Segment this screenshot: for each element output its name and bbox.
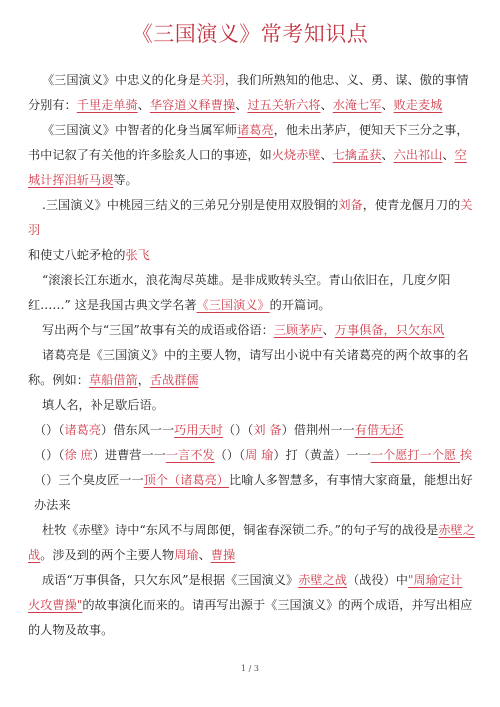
answer-text: 徐 庶	[64, 448, 92, 462]
text: 成语“万事俱备，只欠东风”是根据《三国演义》	[42, 573, 298, 587]
separator: 、	[323, 323, 335, 337]
paragraph-zhuge-liang: 《三国演义》中智者的化身当属军师诸葛亮，他未出茅庐，便知天下三分之事，书中记叙了…	[28, 118, 476, 193]
separator: 、	[235, 98, 247, 112]
text: 杜牧《赤壁》诗中“东风不与周郎便，铜雀春深锁二乔。”的句子写的战役是	[42, 523, 438, 537]
answer-underlined: 三顾茅庐	[274, 323, 323, 337]
answer-text: 关羽	[200, 73, 224, 87]
text: （战役）中	[347, 573, 408, 587]
answer-text: 张飞	[126, 248, 150, 262]
answer-underlined: 草船借箭	[89, 373, 138, 387]
answer-underlined: 一个愿打一个愿	[371, 448, 460, 462]
answer-underlined: 有借无还	[355, 423, 404, 437]
paragraph-xiehouyu-1: （）（诸葛亮）借东风一一巧用天时（）（刘 备）借荆州一一有借无还	[28, 418, 476, 443]
text: （）（	[34, 448, 64, 462]
answer-underlined: 赤壁之战	[298, 573, 347, 587]
separator: 、	[199, 548, 211, 562]
separator: 、	[138, 98, 150, 112]
paragraph-xiehouyu-2: （）（徐 庶）进曹营一一一言不发（）（周 瑜）打（黄盖）一一一个愿打一个愿 挨	[28, 443, 476, 468]
paragraph-peach-garden: .三国演义》中桃园三结义的三弟兄分别是使用双股铜的刘备，使青龙偃月刀的关 羽和使…	[28, 193, 476, 268]
text: 《三国演义》中忠义的化身是	[42, 73, 200, 87]
paragraph-zhuge-stories: 诸葛亮是《三国演义》中的主要人物，请写出小说中有关诸葛亮的两个故事的名称。例如：…	[28, 343, 476, 393]
document-title: 《三国演义》常考知识点	[0, 18, 500, 48]
answer-underlined: 曹操	[211, 548, 235, 562]
answer-underlined: 诸葛亮	[237, 123, 274, 137]
separator: 、	[321, 98, 333, 112]
text: ）进曹营一一	[93, 448, 166, 462]
answer-underlined: 《三国演义》	[197, 298, 270, 312]
answer-underlined: 一言不发	[166, 448, 215, 462]
text: （）（	[215, 448, 245, 462]
separator: ，	[138, 373, 150, 387]
answer-text: 诸葛亮	[64, 423, 101, 437]
answer-underlined: 七擒孟获	[333, 148, 382, 162]
text: 的开篇词。	[270, 298, 331, 312]
text: ）打（黄盖）一一	[273, 448, 371, 462]
answer-underlined: 舌战群儒	[150, 373, 199, 387]
answer-underlined: 千里走单骑	[77, 98, 138, 112]
answer-underlined: 万事俱备，只欠东风	[335, 323, 445, 337]
text: .三国演义》中桃园三结义的三弟兄分别是使用双股铜的	[42, 198, 338, 212]
text: 。涉及到的两个主要人物	[40, 548, 174, 562]
answer-text: 挨	[460, 448, 472, 462]
answer-underlined: 六出祁山	[394, 148, 443, 162]
answer-text: 刘备	[338, 198, 362, 212]
paragraph-red-cliff-poem: 杜牧《赤壁》诗中“东风不与周郎便，铜雀春深锁二乔。”的句子写的战役是赤壁之 战。…	[28, 518, 476, 568]
document-body: 《三国演义》中忠义的化身是关羽，我们所熟知的他忠、义、勇、谋、傲的事情分别有：千…	[28, 68, 476, 643]
paragraph-opening-poem: “滚滚长江东逝水，浪花淘尽英雄。是非成败转头空。青山依旧在，几度夕阳红……” 这…	[28, 268, 476, 318]
separator: 、	[442, 148, 454, 162]
text: ）借东风一一	[101, 423, 174, 437]
separator: 、	[381, 98, 393, 112]
answer-underlined: 过五关斩六将	[247, 98, 320, 112]
text: ，使青龙偃月刀的	[363, 198, 461, 212]
text: 等。	[113, 173, 137, 187]
text: （）（	[223, 423, 253, 437]
answer-underlined: 巧用天时	[174, 423, 223, 437]
separator: 、	[321, 148, 333, 162]
answer-underlined: 顶个（诸葛亮）	[144, 473, 229, 487]
text: 《三国演义》中智者的化身当属军师	[42, 123, 237, 137]
answer-text: 周 瑜	[245, 448, 273, 462]
text: （）（	[34, 423, 64, 437]
answer-text: 刘 备	[253, 423, 281, 437]
text: 的故事演化而来的。请再写出源于《三国演义》的两个成语，并写出相应的人物及故事。	[28, 598, 472, 637]
answer-underlined: 水淹七军	[333, 98, 382, 112]
text: 写出两个与“三国”故事有关的成语或俗语：	[42, 323, 274, 337]
paragraph-xiehouyu-3: （）三个臭皮匠一一顶个（诸葛亮）比喻人多智慧多，有事情大家商量，能想出好 办法来	[28, 468, 476, 518]
text: ）借荆州一一	[282, 423, 355, 437]
answer-underlined: 败走麦城	[394, 98, 443, 112]
answer-underlined: 华容道义释曹操	[150, 98, 235, 112]
text: （）三个臭皮匠一一	[34, 473, 144, 487]
separator: 、	[381, 148, 393, 162]
paragraph-xiehouyu-instruction: 填人名，补足歇后语。	[28, 393, 476, 418]
paragraph-east-wind: 成语“万事俱备，只欠东风”是根据《三国演义》赤壁之战（战役）中"周瑜定计 火攻曹…	[28, 568, 476, 643]
paragraph-guan-yu: 《三国演义》中忠义的化身是关羽，我们所熟知的他忠、义、勇、谋、傲的事情分别有：千…	[28, 68, 476, 118]
answer-text: 周瑜	[174, 548, 198, 562]
answer-text: 火烧赤壁	[272, 148, 321, 162]
text: 填人名，补足歇后语。	[42, 398, 164, 412]
paragraph-idioms: 写出两个与“三国”故事有关的成语或俗语：三顾茅庐、万事俱备，只欠东风	[28, 318, 476, 343]
page-number: 1 / 3	[0, 664, 500, 673]
text: 和使丈八蛇矛枪的	[28, 248, 126, 262]
